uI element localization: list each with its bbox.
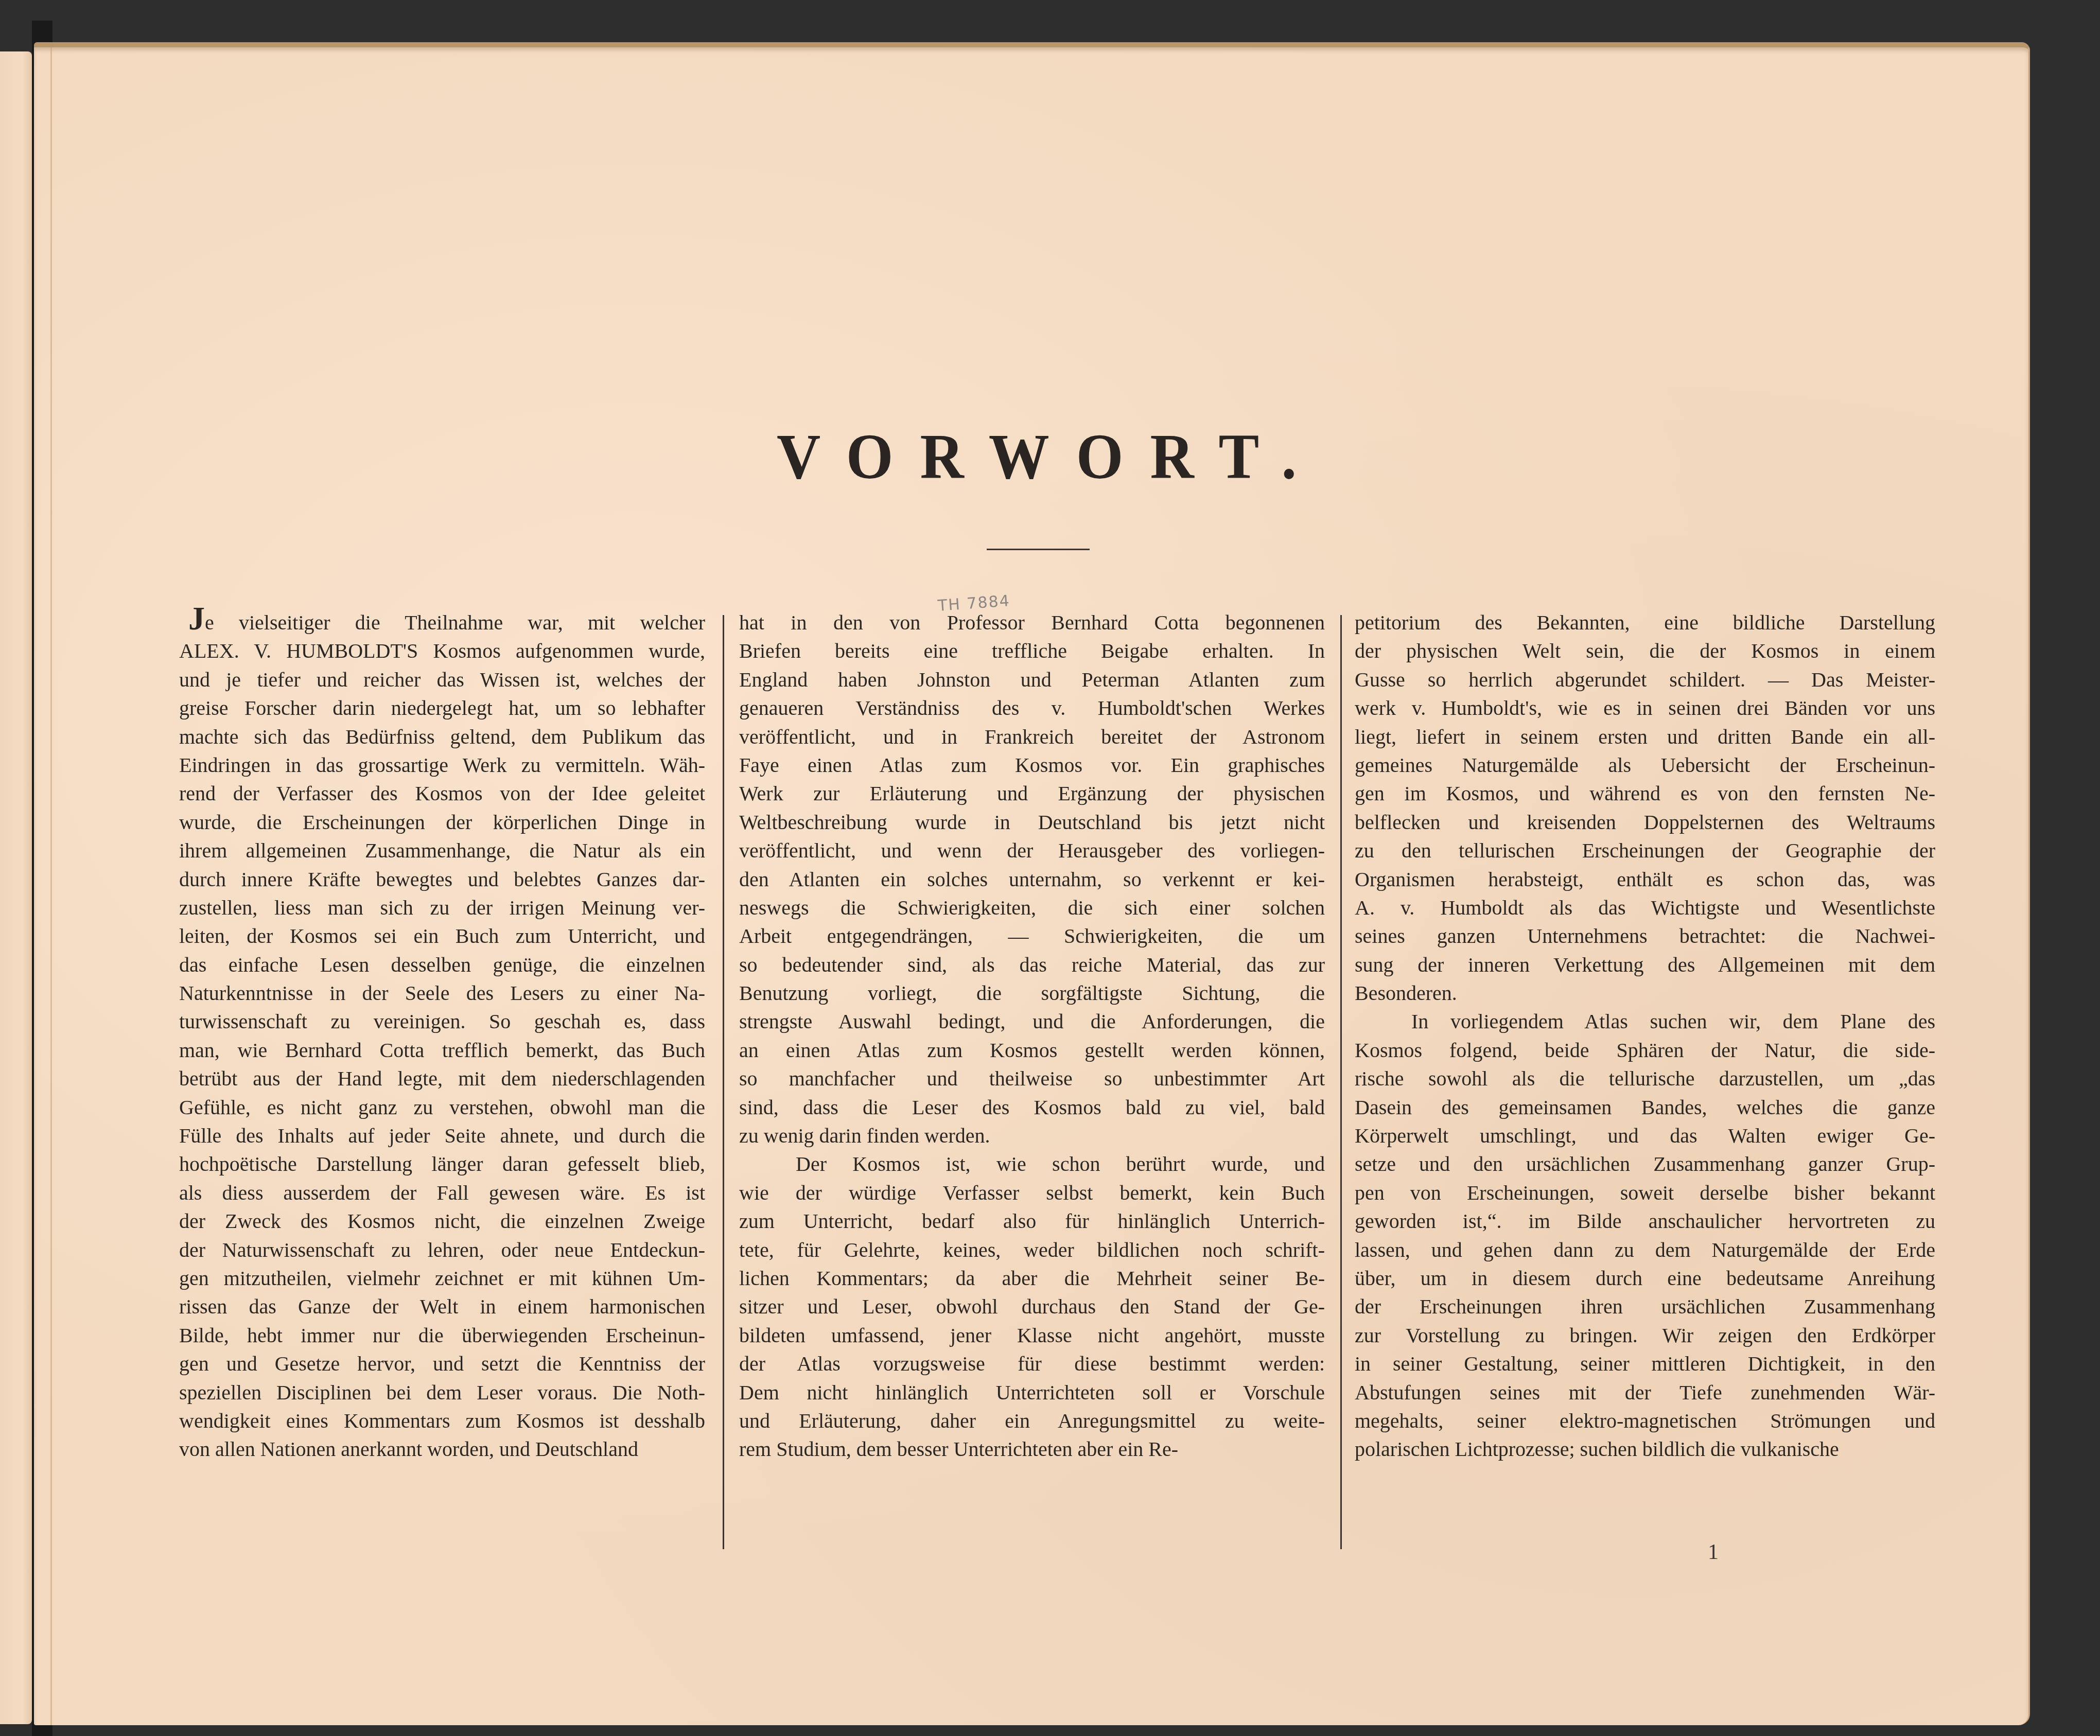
text-line: liegt, liefert in seinem ersten und drit…	[1355, 723, 1935, 751]
text-line: wie der würdige Verfasser selbst bemerkt…	[739, 1179, 1325, 1207]
text-line: so bedeutender sind, als das reiche Mate…	[739, 951, 1325, 979]
text-line: sitzer und Leser, obwohl durchaus den St…	[739, 1292, 1325, 1321]
text-column-3: petitorium des Bekannten, eine bildliche…	[1355, 608, 1935, 1464]
text-line: so manchfacher und theilweise so unbesti…	[739, 1064, 1325, 1093]
text-line: Gusse so herrlich abgerundet schildert. …	[1355, 665, 1935, 694]
text-line: der Naturwissenschaft zu lehren, oder ne…	[179, 1236, 705, 1264]
text-line: strengste Auswahl bedingt, und die Anfor…	[739, 1007, 1325, 1036]
text-line: petitorium des Bekannten, eine bildliche…	[1355, 608, 1935, 637]
text-line: leiten, der Kosmos sei ein Buch zum Unte…	[179, 922, 705, 950]
text-line: England haben Johnston und Peterman Atla…	[739, 665, 1325, 694]
text-line: megehalts, seiner elektro-magnetischen S…	[1355, 1407, 1935, 1435]
text-line: polarischen Lichtprozesse; suchen bildli…	[1355, 1435, 1935, 1463]
text-line: Körperwelt umschlingt, und das Walten ew…	[1355, 1121, 1935, 1150]
text-line: lichen Kommentars; da aber die Mehrheit …	[739, 1264, 1325, 1292]
text-line: bildeten umfassend, jener Klasse nicht a…	[739, 1321, 1325, 1349]
title-divider	[987, 549, 1090, 550]
text-line: wendigkeit eines Kommentars zum Kosmos i…	[179, 1407, 705, 1435]
text-line: belflecken und kreisenden Doppelsternen …	[1355, 808, 1935, 836]
text-line: tete, für Gelehrte, keines, weder bildli…	[739, 1236, 1325, 1264]
text-line: Eindringen in das grossartige Werk zu ve…	[179, 751, 705, 779]
text-line: und je tiefer und reicher das Wissen ist…	[179, 665, 705, 694]
text-line: rissen das Ganze der Welt in einem harmo…	[179, 1292, 705, 1321]
text-line: genaueren Verständniss des v. Humboldt's…	[739, 694, 1325, 722]
text-line: In vorliegendem Atlas suchen wir, dem Pl…	[1355, 1007, 1935, 1036]
text-line: neswegs die Schwierigkeiten, die sich ei…	[739, 893, 1325, 922]
text-line: speziellen Disciplinen bei dem Leser vor…	[179, 1378, 705, 1407]
text-line: geworden ist,“. im Bilde anschaulicher h…	[1355, 1207, 1935, 1235]
text-line: pen von Erscheinungen, soweit derselbe b…	[1355, 1179, 1935, 1207]
text-line: Dasein des gemeinsamen Bandes, welches d…	[1355, 1093, 1935, 1121]
page-title: VORWORT.	[0, 420, 2100, 494]
column-rule-1	[723, 615, 724, 1549]
text-line: den Atlanten ein solches unternahm, so v…	[739, 865, 1325, 893]
text-line: gen und Gesetze hervor, und setzt die Ke…	[179, 1349, 705, 1378]
text-line: Gefühle, es nicht ganz zu verstehen, obw…	[179, 1093, 705, 1121]
text-line: zum Unterricht, bedarf also für hinlängl…	[739, 1207, 1325, 1235]
text-line: sung der inneren Verkettung des Allgemei…	[1355, 951, 1935, 979]
text-line: der Atlas vorzugsweise für diese bestimm…	[739, 1349, 1325, 1378]
text-line: Weltbeschreibung wurde in Deutschland bi…	[739, 808, 1325, 836]
text-line: ALEX. V. HUMBOLDT'S Kosmos aufgenommen w…	[179, 637, 705, 665]
text-line: setze und den ursächlichen Zusammenhang …	[1355, 1150, 1935, 1178]
text-line: Benutzung vorliegt, die sorgfältigste Si…	[739, 979, 1325, 1007]
text-line: Kosmos folgend, beide Sphären der Natur,…	[1355, 1036, 1935, 1064]
page-number: 1	[1708, 1540, 1719, 1565]
text-line: greise Forscher darin niedergelegt hat, …	[179, 694, 705, 722]
text-line: seines ganzen Unternehmens betrachtet: d…	[1355, 922, 1935, 950]
text-line: turwissenschaft zu vereinigen. So gescha…	[179, 1007, 705, 1036]
text-line: Arbeit entgegendrängen, — Schwierigkeite…	[739, 922, 1325, 950]
text-line: Abstufungen seines mit der Tiefe zunehme…	[1355, 1378, 1935, 1407]
text-line: in seiner Gestaltung, seiner mittleren D…	[1355, 1349, 1935, 1378]
text-column-2: hat in den von Professor Bernhard Cotta …	[739, 608, 1325, 1464]
text-line: Fülle des Inhalts auf jeder Seite ahnete…	[179, 1121, 705, 1150]
text-line: Naturkenntnisse in der Seele des Lesers …	[179, 979, 705, 1007]
text-line: sind, dass die Leser des Kosmos bald zu …	[739, 1093, 1325, 1121]
text-line: wurde, die Erscheinungen der körperliche…	[179, 808, 705, 836]
text-column-1: Je vielseitiger die Theilnahme war, mit …	[179, 608, 705, 1464]
text-line: der Erscheinungen ihren ursächlichen Zus…	[1355, 1292, 1935, 1321]
text-line: A. v. Humboldt als das Wichtigste und We…	[1355, 893, 1935, 922]
text-line: an einen Atlas zum Kosmos gestellt werde…	[739, 1036, 1325, 1064]
text-line: veröffentlicht, und wenn der Herausgeber…	[739, 836, 1325, 865]
text-line: werk v. Humboldt's, wie es in seinen dre…	[1355, 694, 1935, 722]
text-line: Dem nicht hinlänglich Unterrichteten sol…	[739, 1378, 1325, 1407]
text-line: rische sowohl als die tellurische darzus…	[1355, 1064, 1935, 1093]
text-line: Werk zur Erläuterung und Ergänzung der p…	[739, 779, 1325, 808]
text-line: von allen Nationen anerkannt worden, und…	[179, 1435, 705, 1463]
text-line: der Zweck des Kosmos nicht, die einzelne…	[179, 1207, 705, 1235]
text-line: rend der Verfasser des Kosmos von der Id…	[179, 779, 705, 808]
text-line: lassen, und gehen dann zu dem Naturgemäl…	[1355, 1236, 1935, 1264]
initial-letter: J	[188, 600, 205, 637]
text-line: über, um in diesem durch eine bedeutsame…	[1355, 1264, 1935, 1292]
text-line: Bilde, hebt immer nur die überwiegenden …	[179, 1321, 705, 1349]
text-line: zustellen, liess man sich zu der irrigen…	[179, 893, 705, 922]
text-line: Faye einen Atlas zum Kosmos vor. Ein gra…	[739, 751, 1325, 779]
text-line: und Erläuterung, daher ein Anregungsmitt…	[739, 1407, 1325, 1435]
text-line: hochpoëtische Darstellung länger daran g…	[179, 1150, 705, 1178]
column-rule-2	[1340, 615, 1342, 1549]
text-line: betrübt aus der Hand legte, mit dem nied…	[179, 1064, 705, 1093]
text-line: rem Studium, dem besser Unterrichteten a…	[739, 1435, 1325, 1463]
text-line: Organismen herabsteigt, enthält es schon…	[1355, 865, 1935, 893]
text-line: zu wenig darin finden werden.	[739, 1121, 1325, 1150]
text-line: Besonderen.	[1355, 979, 1935, 1007]
text-line: das einfache Lesen desselben genüge, die…	[179, 951, 705, 979]
text-line: gemeines Naturgemälde als Uebersicht der…	[1355, 751, 1935, 779]
text-line: gen im Kosmos, und während es von den fe…	[1355, 779, 1935, 808]
text-line: man, wie Bernhard Cotta trefflich bemerk…	[179, 1036, 705, 1064]
text-line: gen mitzutheilen, vielmehr zeichnet er m…	[179, 1264, 705, 1292]
text-line: durch innere Kräfte bewegtes und belebte…	[179, 865, 705, 893]
text-line: zu den tellurischen Erscheinungen der Ge…	[1355, 836, 1935, 865]
text-line: hat in den von Professor Bernhard Cotta …	[739, 608, 1325, 637]
text-line: als diess ausserdem der Fall gewesen wär…	[179, 1179, 705, 1207]
text-line: Der Kosmos ist, wie schon berührt wurde,…	[739, 1150, 1325, 1178]
text-line: ihrem allgemeinen Zusammenhange, die Nat…	[179, 836, 705, 865]
text-line: der physischen Welt sein, die der Kosmos…	[1355, 637, 1935, 665]
text-line: machte sich das Bedürfniss geltend, dem …	[179, 723, 705, 751]
text-line: Briefen bereits eine treffliche Beigabe …	[739, 637, 1325, 665]
text-line: veröffentlicht, und in Frankreich bereit…	[739, 723, 1325, 751]
text-line: zur Vorstellung zu bringen. Wir zeigen d…	[1355, 1321, 1935, 1349]
text-line: Je vielseitiger die Theilnahme war, mit …	[179, 608, 705, 637]
facing-page-edge	[0, 51, 32, 1724]
page-fold-line	[50, 47, 52, 1725]
